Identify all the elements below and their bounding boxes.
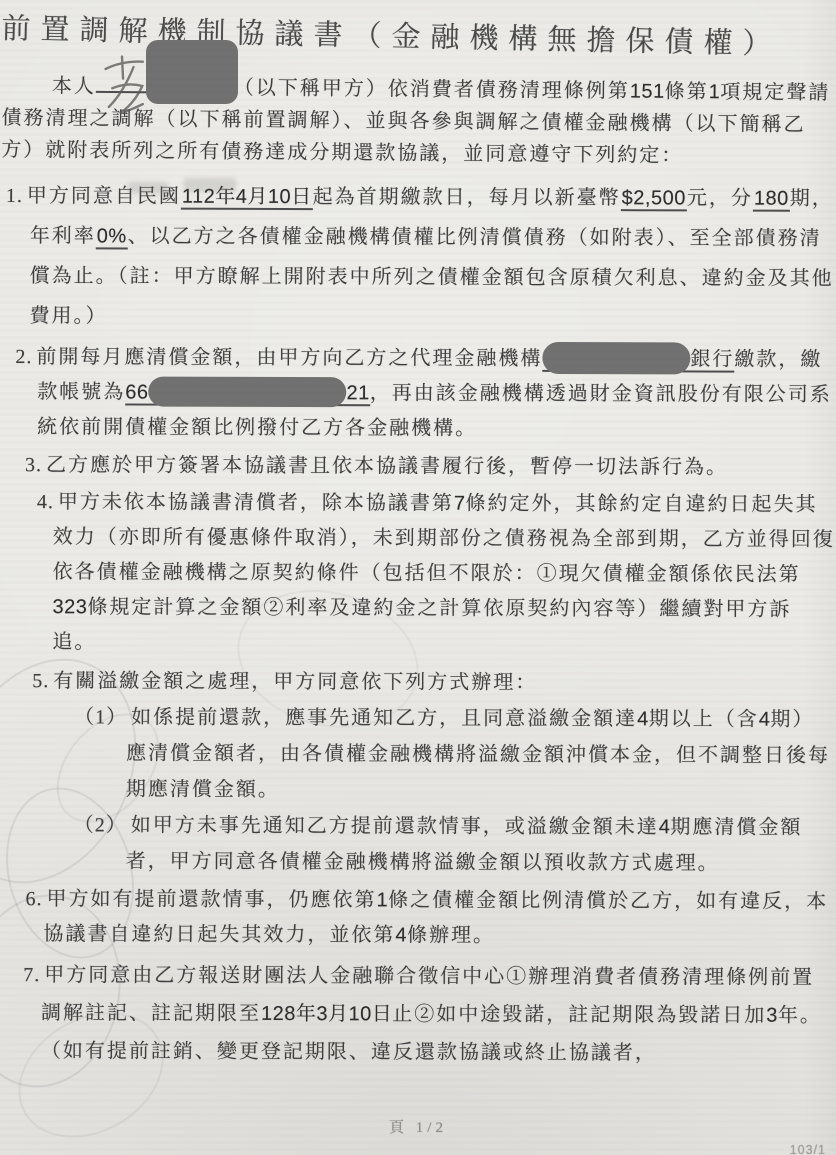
clause-text: 前開每月應清償金額，由甲方向乙方之代理金融機構 <box>36 346 542 370</box>
periods-threshold-number: 4 <box>637 708 649 730</box>
first-payment-date-value: 112年4月10日 <box>181 186 313 210</box>
account-number-prefix: 66 <box>125 381 148 403</box>
page-number-footer: 頁 1/2 <box>0 1116 836 1137</box>
payment-account-field: 6621 <box>125 381 370 406</box>
intro-text: 條第 <box>665 81 709 103</box>
clause-1: 1.甲方同意自民國112年4月10日起為首期繳款日，每月以新臺幣$2,500元，… <box>1 176 836 339</box>
name-redaction-box <box>146 40 238 104</box>
clause-number: 3. <box>25 454 46 476</box>
clause-number: 7. <box>23 964 44 986</box>
statute-article-number: 151 <box>630 80 665 102</box>
agent-bank-field: 銀行 <box>542 348 734 373</box>
clause-text: 有關溢繳金額之處理，甲方同意依下列方式辦理： <box>53 670 537 694</box>
referenced-clause-number: 7 <box>454 493 466 515</box>
periods-threshold-number: 4 <box>659 816 671 838</box>
clause-4: 4.甲方未依本協議書清償者，除本協議書第7條約定外，其餘約定自違約日起失其效力（… <box>28 485 835 663</box>
clause-text: 止②如中途毀諾，註記期限為毀諾日加 <box>392 1003 766 1026</box>
clause-5: 5.有關溢繳金額之處理，甲方同意依下列方式辦理： （1）如係提前還款，應事先通知… <box>20 663 835 882</box>
interest-rate-value: 0% <box>96 225 128 249</box>
bank-suffix: 銀行 <box>690 348 734 370</box>
registration-deadline-date: 128年3月10日 <box>261 1003 392 1025</box>
clause-text: 元，分 <box>687 187 753 209</box>
clause-text: 條辦理。 <box>407 924 495 946</box>
clause-text: 條規定計算之金額②利率及違約金之計算依原契約內容等）繼續對甲方訴追。 <box>52 596 791 653</box>
clause-2: 2.前開每月應清償金額，由甲方向乙方之代理金融機構銀行繳款，繳款帳號為6621，… <box>11 340 835 448</box>
clause-number: 2. <box>15 346 36 368</box>
clause-text: 期以上（含 <box>649 708 759 730</box>
clause-3: 3.乙方應於甲方簽署本協議書且依本協議書履行後，暫停一切法訴行為。 <box>21 448 835 486</box>
clause-text: 起為首期繳款日，每月以新臺幣 <box>313 186 621 209</box>
clause-number: 4. <box>37 491 58 513</box>
clause-text: 甲方如有提前還款情事，仍應依第 <box>46 888 376 911</box>
clause-text: 如甲方未事先通知乙方提前還款情事，或溢繳金額未達 <box>131 814 659 838</box>
intro-person-prefix: 本人 <box>52 75 96 97</box>
clause-6: 6.甲方如有提前還款情事，仍應依第1條之債權金額比例清償於乙方，如有違反，本協議… <box>21 882 833 955</box>
referenced-clause-number: 1 <box>376 889 388 911</box>
clause-5-sub-1: （1）如係提前還款，應事先通知乙方，且同意溢繳金額達4期以上（含4期）應清償金額… <box>74 699 834 810</box>
civil-code-article-number: 323 <box>52 596 87 618</box>
clause-text: 甲方同意自民國 <box>27 185 181 208</box>
sub-clause-number: （2） <box>74 814 131 836</box>
clause-5-sub-2: （2）如甲方未事先通知乙方提前還款情事，或溢繳金額未達4期應清償金額者，甲方同意… <box>74 807 834 882</box>
intro-text: （以下稱甲方）依消費者債務清理條例第 <box>234 77 630 102</box>
sub-clause-number: （1） <box>74 706 131 728</box>
corner-code: 103/1 <box>790 1143 826 1155</box>
clause-list: 1.甲方同意自民國112年4月10日起為首期繳款日，每月以新臺幣$2,500元，… <box>0 176 836 1073</box>
installments-value: 180 <box>753 188 790 212</box>
scanned-agreement-page: 前置調解機制協議書（金融機構無擔保債權） 本人（以下稱甲方）依消費者債務清理條例… <box>0 6 836 1155</box>
account-number-redaction-box <box>148 377 346 408</box>
monthly-amount-value: $2,500 <box>621 187 687 211</box>
statute-item-number: 1 <box>709 81 721 103</box>
clause-text: 、以乙方之各債權金融機構債權比例清償債務（如附表）、至全部債務清償為止。（註：甲… <box>29 225 833 327</box>
clause-text: 甲方未依本協議書清償者，除本協議書第 <box>58 491 454 514</box>
account-number-suffix: 21 <box>346 382 369 404</box>
referenced-clause-number: 4 <box>395 924 407 946</box>
clause-text: 乙方應於甲方簽署本協議書且依本協議書履行後，暫停一切法訴行為。 <box>46 454 728 478</box>
periods-threshold-number: 4 <box>759 709 771 731</box>
clause-text: 如係提前還款，應事先通知乙方，且同意溢繳金額達 <box>131 706 637 730</box>
clause-number: 1. <box>6 185 27 207</box>
clause-number: 6. <box>25 888 46 910</box>
clause-7: 7.甲方同意由乙方報送財團法人金融聯合徵信中心①辦理消費者債務清理條例前置調解註… <box>19 956 833 1073</box>
bank-name-redaction-box <box>542 342 690 375</box>
clause-number: 5. <box>32 670 53 692</box>
years-added-number: 3 <box>766 1005 778 1027</box>
